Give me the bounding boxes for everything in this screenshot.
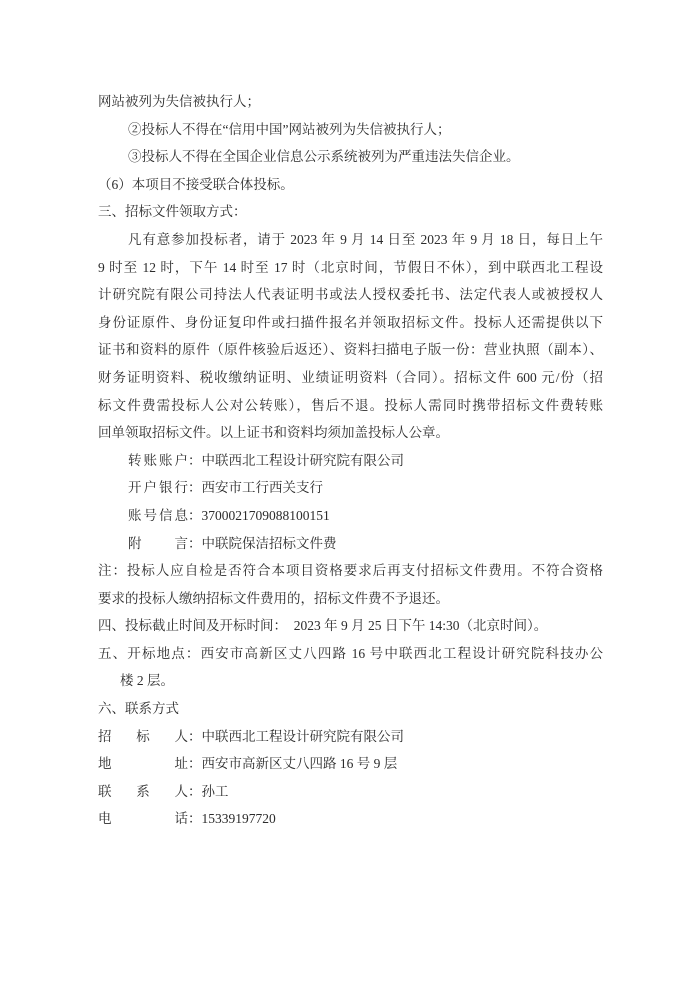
clause-no-consortium: （6）本项目不接受联合体投标。 [98, 171, 603, 199]
section3-body-line: 财务证明资料、税收缴纳证明、业绩证明资料（合同）。招标文件 600 元/份（招 [98, 364, 603, 392]
contact-label: 地址 [98, 750, 188, 778]
account-row-number: 账号信息：3700021709088100151 [98, 502, 603, 530]
section5-venue-line: 楼 2 层。 [98, 667, 603, 695]
contact-row-tenderer: 招标人：中联西北工程设计研究院有限公司 [98, 723, 603, 751]
account-value: 3700021709088100151 [202, 508, 330, 523]
account-label: 账号信息 [128, 502, 188, 530]
contact-value: 中联西北工程设计研究院有限公司 [202, 729, 405, 744]
colon: ： [188, 508, 202, 523]
section3-body-line: 9 时至 12 时，下午 14 时至 17 时（北京时间，节假日不休），到中联西… [98, 254, 603, 282]
account-label: 附言 [128, 530, 188, 558]
contact-row-phone: 电话：15339197720 [98, 805, 603, 833]
colon: ： [188, 536, 202, 551]
account-row-bank: 开户银行：西安市工行西关支行 [98, 474, 603, 502]
continuation-line: 网站被列为失信被执行人； [98, 88, 603, 116]
account-value: 中联西北工程设计研究院有限公司 [202, 453, 405, 468]
colon: ： [188, 756, 202, 771]
section3-body-line: 身份证原件、身份证复印件或扫描件报名并领取招标文件。投标人还需提供以下 [98, 309, 603, 337]
section3-heading: 三、招标文件领取方式： [98, 198, 603, 226]
colon: ： [188, 729, 202, 744]
colon: ： [188, 480, 202, 495]
contact-label: 联系人 [98, 778, 188, 806]
contact-value: 西安市高新区丈八四路 16 号 9 层 [202, 756, 398, 771]
note-line: 注：投标人应自检是否符合本项目资格要求后再支付招标文件费用。不符合资格 [98, 557, 603, 585]
section3-body-line: 计研究院有限公司持法人代表证明书或法人授权委托书、法定代表人或被授权人 [98, 281, 603, 309]
colon: ： [188, 811, 202, 826]
section3-body-line: 凡有意参加投标者，请于 2023 年 9 月 14 日至 2023 年 9 月 … [98, 226, 603, 254]
clause-credit-china: ②投标人不得在“信用中国”网站被列为失信被执行人； [98, 116, 603, 144]
section6-heading: 六、联系方式 [98, 695, 603, 723]
section3-body-line: 回单领取招标文件。以上证书和资料均须加盖投标人公章。 [98, 419, 603, 447]
account-row-memo: 附言：中联院保洁招标文件费 [98, 530, 603, 558]
contact-row-person: 联系人：孙工 [98, 778, 603, 806]
note-line: 要求的投标人缴纳招标文件费用的，招标文件费不予退还。 [98, 585, 603, 613]
section4-deadline-line: 四、投标截止时间及开标时间： 2023 年 9 月 25 日下午 14:30（北… [98, 612, 603, 640]
section3-body-line: 标文件费需投标人公对公转账），售后不退。投标人需同时携带招标文件费转账 [98, 392, 603, 420]
document-page: 网站被列为失信被执行人； ②投标人不得在“信用中国”网站被列为失信被执行人； ③… [0, 0, 700, 989]
contact-label: 电话 [98, 805, 188, 833]
colon: ： [188, 784, 202, 799]
account-value: 西安市工行西关支行 [202, 480, 324, 495]
account-label: 开户银行 [128, 474, 188, 502]
account-row-transfer-account: 转账账户：中联西北工程设计研究院有限公司 [98, 447, 603, 475]
contact-value: 孙工 [202, 784, 229, 799]
account-value: 中联院保洁招标文件费 [202, 536, 337, 551]
contact-label: 招标人 [98, 723, 188, 751]
clause-enterprise-credit: ③投标人不得在全国企业信息公示系统被列为严重违法失信企业。 [98, 143, 603, 171]
section5-venue-line: 五、开标地点：西安市高新区丈八四路 16 号中联西北工程设计研究院科技办公 [98, 640, 603, 668]
contact-value: 15339197720 [202, 811, 276, 826]
account-label: 转账账户 [128, 447, 188, 475]
colon: ： [188, 453, 202, 468]
section3-body-line: 证书和资料的原件（原件核验后返还）、资料扫描电子版一份：营业执照（副本）、 [98, 336, 603, 364]
contact-row-address: 地址：西安市高新区丈八四路 16 号 9 层 [98, 750, 603, 778]
